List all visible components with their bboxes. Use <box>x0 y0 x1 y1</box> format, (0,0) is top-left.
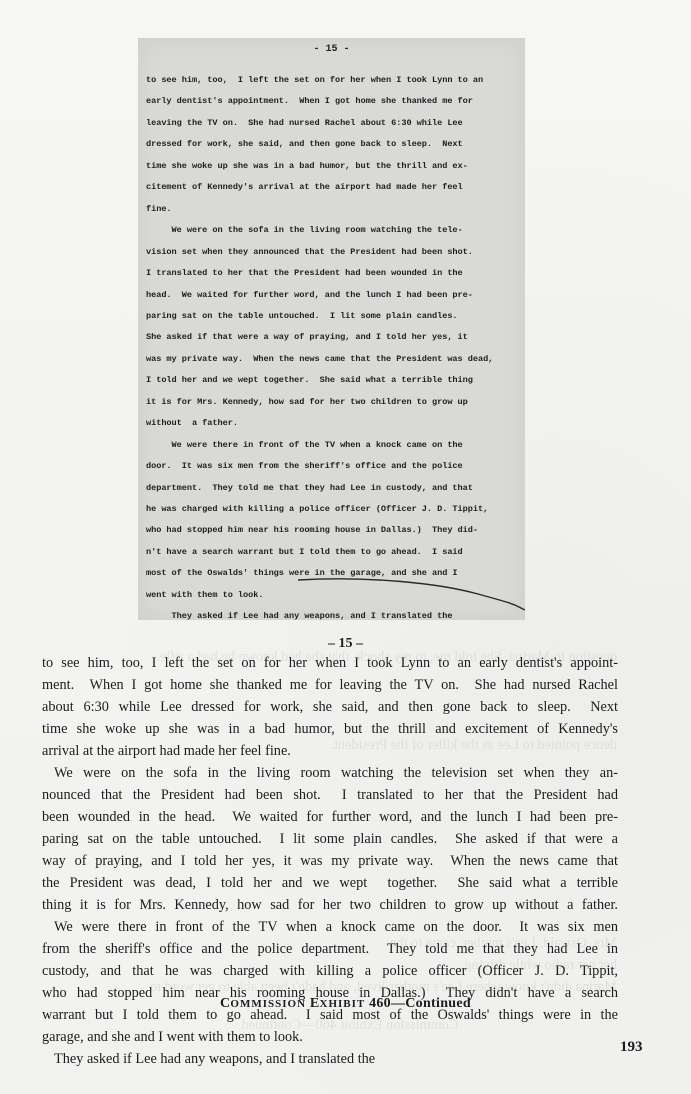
printed-line: arrival at the airport had made her feel… <box>42 740 618 762</box>
caption-c: C <box>220 996 230 1011</box>
typed-line: without a father. <box>146 418 238 428</box>
typed-line: I translated to her that the President h… <box>146 268 463 278</box>
typed-line: he was charged with killing a police off… <box>146 504 488 514</box>
typed-page-number: - 15 - <box>138 44 525 55</box>
printed-line: We were there in front of the TV when a … <box>42 916 618 938</box>
printed-line: nounced that the President had been shot… <box>42 784 618 806</box>
typed-line: it is for Mrs. Kennedy, how sad for her … <box>146 397 468 407</box>
typed-line: early dentist's appointment. When I got … <box>146 96 473 106</box>
printed-line: custody, and that he was charged with ki… <box>42 960 618 982</box>
printed-line: been wounded in the head. We waited for … <box>42 806 618 828</box>
typed-line: We were on the sofa in the living room w… <box>146 225 463 235</box>
typed-line: time she woke up she was in a bad humor,… <box>146 161 468 171</box>
typed-line: paring sat on the table untouched. I lit… <box>146 311 458 321</box>
typed-line: vision set when they announced that the … <box>146 247 473 257</box>
printed-page-number: – 15 – <box>0 636 691 652</box>
typed-line: was my private way. When the news came t… <box>146 354 493 364</box>
typewritten-page-facsimile: - 15 - to see him, too, I left the set o… <box>138 38 525 620</box>
typed-line: citement of Kennedy's arrival at the air… <box>146 182 463 192</box>
printed-line: garage, and she and I went with them to … <box>42 1026 618 1048</box>
typed-line: leaving the TV on. She had nursed Rachel… <box>146 118 463 128</box>
typed-line: most of the Oswalds' things were in the … <box>146 568 458 578</box>
typed-line: They asked if Lee had any weapons, and I… <box>146 611 452 621</box>
typed-line: department. They told me that they had L… <box>146 483 473 493</box>
typed-line: head. We waited for further word, and th… <box>146 290 473 300</box>
typed-line: dressed for work, she said, and then gon… <box>146 139 463 149</box>
caption-rest: 460—Continued <box>369 996 471 1011</box>
typed-line: door. It was six men from the sheriff's … <box>146 461 463 471</box>
typed-line: to see him, too, I left the set on for h… <box>146 75 483 85</box>
printed-line: about 6:30 while Lee dressed for work, s… <box>42 696 618 718</box>
printed-line: ment. When I got home she thanked me for… <box>42 674 618 696</box>
printed-line: We were on the sofa in the living room w… <box>42 762 618 784</box>
printed-line: from the sheriff's office and the police… <box>42 938 618 960</box>
printed-line: to see him, too, I left the set on for h… <box>42 652 618 674</box>
typed-line: I told her and we wept together. She sai… <box>146 375 473 385</box>
printed-line: the President was dead, I told her and w… <box>42 872 618 894</box>
printed-line: thing it is for Mrs. Kennedy, how sad fo… <box>42 894 618 916</box>
typed-line: went with them to look. <box>146 590 263 600</box>
printed-line: They asked if Lee had any weapons, and I… <box>42 1048 618 1070</box>
exhibit-caption: COMMISSION EXHIBIT 460—Continued <box>0 996 691 1012</box>
caption-exhibit: XHIBIT <box>320 998 366 1010</box>
typed-line: She asked if that were a way of praying,… <box>146 332 468 342</box>
printed-line: paring sat on the table untouched. I lit… <box>42 828 618 850</box>
printed-line: time she woke up she was in a bad humor,… <box>42 718 618 740</box>
typed-line: who had stopped him near his rooming hou… <box>146 525 478 535</box>
typed-line: n't have a search warrant but I told the… <box>146 547 463 557</box>
printed-line: way of praying, and I told her yes, it w… <box>42 850 618 872</box>
typed-line: fine. <box>146 204 172 214</box>
folio-page-number: 193 <box>620 1039 643 1056</box>
typed-line: We were there in front of the TV when a … <box>146 440 463 450</box>
caption-commission: OMMISSION <box>230 998 306 1010</box>
caption-e: E <box>310 996 320 1011</box>
